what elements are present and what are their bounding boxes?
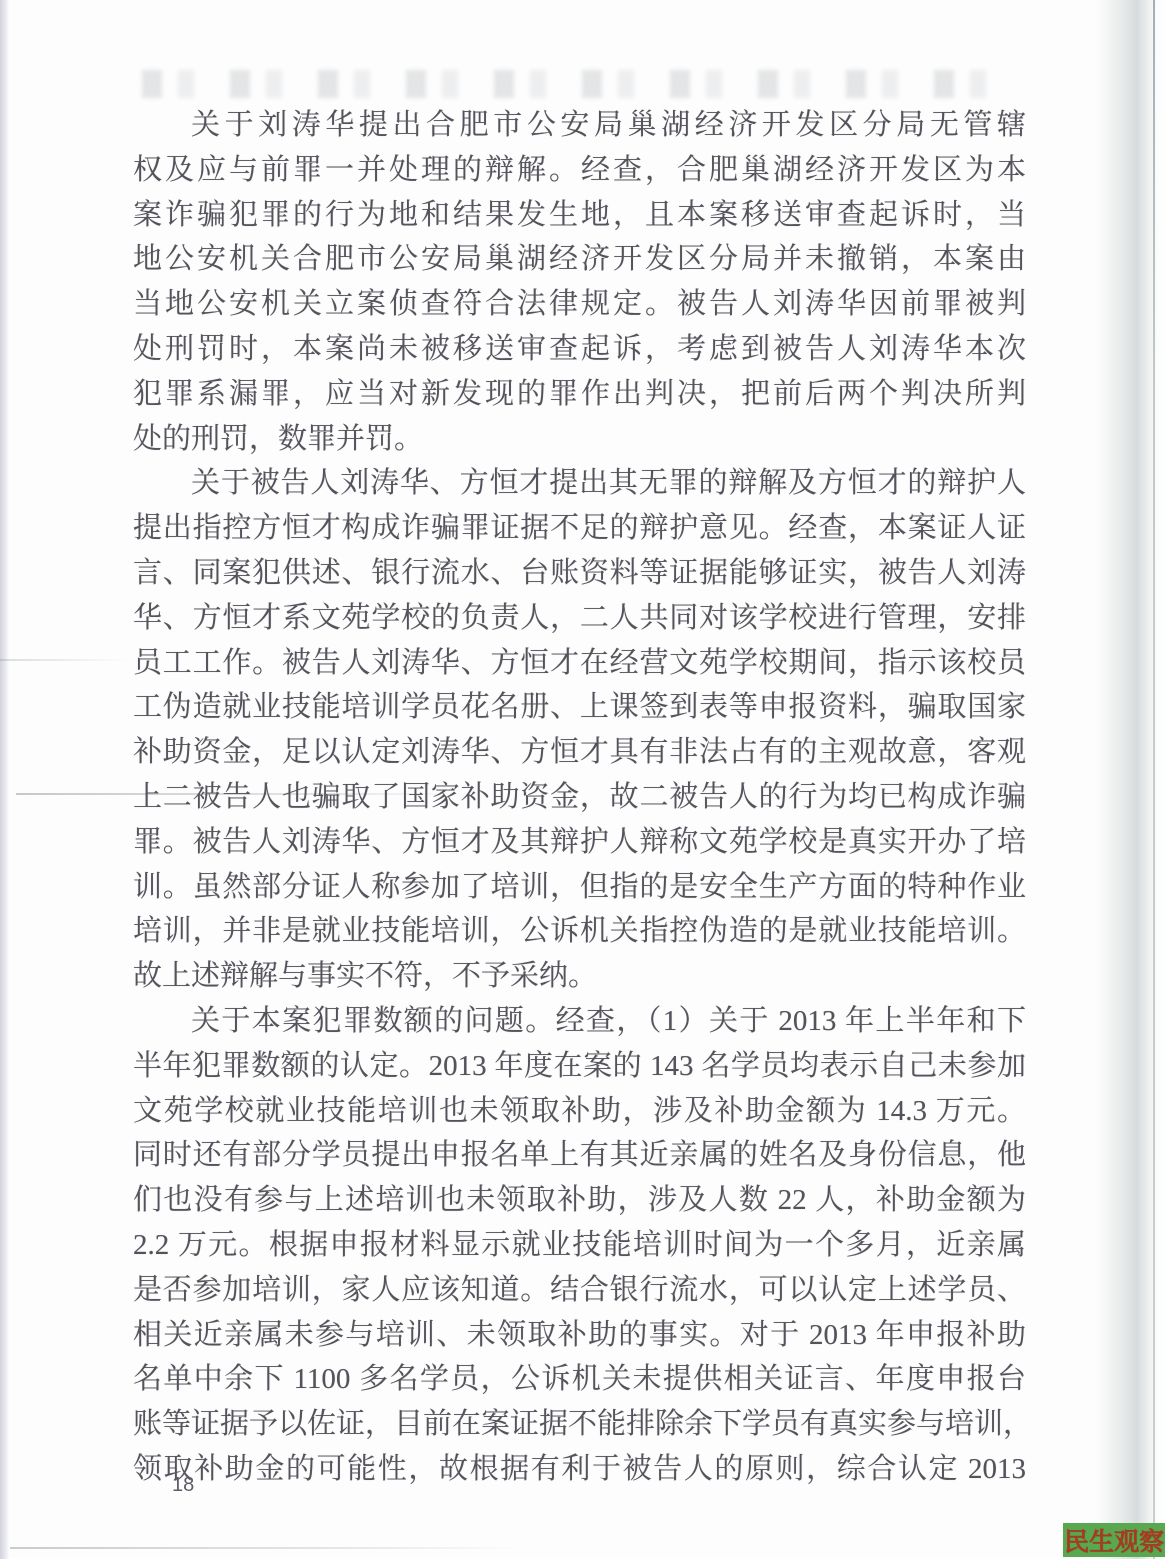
text-line: 是否参加培训，家人应该知道。结合银行流水，可以认定上述学员、 (133, 1268, 1026, 1313)
text-line: 2.2 万元。根据申报材料显示就业技能培训时间为一个多月，近亲属 (133, 1223, 1026, 1268)
text-line: 处的刑罚，数罪并罚。 (133, 417, 1026, 462)
text-line: 华、方恒才系文苑学校的负责人，二人共同对该学校进行管理，安排 (133, 596, 1026, 641)
text-line: 提出指控方恒才构成诈骗罪证据不足的辩护意见。经查，本案证人证 (133, 506, 1026, 551)
text-line: 处刑罚时，本案尚未被移送审查起诉，考虑到被告人刘涛华本次 (133, 327, 1026, 372)
text-line: 补助资金，足以认定刘涛华、方恒才具有非法占有的主观故意，客观 (133, 730, 1026, 775)
scan-right-edge-shadow (1096, 0, 1170, 1559)
text-line: 权及应与前罪一并处理的辩解。经查，合肥巢湖经济开发区为本 (133, 148, 1026, 193)
text-line: 员工工作。被告人刘涛华、方恒才在经营文苑学校期间，指示该校员 (133, 641, 1026, 686)
text-line: 工伪造就业技能培训学员花名册、上课签到表等申报资料，骗取国家 (133, 685, 1026, 730)
text-line: 上二被告人也骗取了国家补助资金，故二被告人的行为均已构成诈骗 (133, 775, 1026, 820)
scan-left-edge (0, 0, 9, 1559)
text-line: 半年犯罪数额的认定。2013 年度在案的 143 名学员均表示自己未参加 (133, 1044, 1026, 1089)
text-line: 案诈骗犯罪的行为地和结果发生地，且本案移送审查起诉时，当 (133, 193, 1026, 238)
bleedthrough-text-artifact (142, 70, 1007, 98)
text-line: 关于被告人刘涛华、方恒才提出其无罪的辩解及方恒才的辩护人 (133, 461, 1026, 506)
text-line: 故上述辩解与事实不符，不予采纳。 (133, 954, 1026, 999)
text-line: 领取补助金的可能性，故根据有利于被告人的原则，综合认定 2013 (133, 1447, 1026, 1492)
text-line: 培训，并非是就业技能培训，公诉机关指控伪造的是就业技能培训。 (133, 909, 1026, 954)
page-number: 18 (172, 1474, 194, 1497)
watermark: 民生观察 (1063, 1523, 1165, 1557)
text-line: 相关近亲属未参与培训、未领取补助的事实。对于 2013 年申报补助 (133, 1313, 1026, 1358)
text-line: 当地公安机关立案侦查符合法律规定。被告人刘涛华因前罪被判 (133, 282, 1026, 327)
text-line: 训。虽然部分证人称参加了培训，但指的是安全生产方面的特种作业 (133, 865, 1026, 910)
scan-right-edge-line (1153, 0, 1155, 1559)
text-line: 犯罪系漏罪，应当对新发现的罪作出判决，把前后两个判决所判 (133, 372, 1026, 417)
text-line: 地公安机关合肥市公安局巢湖经济开发区分局并未撤销，本案由 (133, 237, 1026, 282)
text-line: 同时还有部分学员提出申报名单上有其近亲属的姓名及身份信息，他 (133, 1133, 1026, 1178)
text-line: 言、同案犯供述、银行流水、台账资料等证据能够证实，被告人刘涛 (133, 551, 1026, 596)
text-line: 们也没有参与上述培训也未领取补助，涉及人数 22 人，补助金额为 (133, 1178, 1026, 1223)
scan-artifact-line (10, 1547, 525, 1549)
text-line: 文苑学校就业技能培训也未领取补助，涉及补助金额为 14.3 万元。 (133, 1089, 1026, 1134)
text-line: 账等证据予以佐证，目前在案证据不能排除余下学员有真实参与培训， (133, 1402, 1026, 1447)
text-line: 关于刘涛华提出合肥市公安局巢湖经济开发区分局无管辖 (133, 103, 1026, 148)
text-line: 罪。被告人刘涛华、方恒才及其辩护人辩称文苑学校是真实开办了培 (133, 820, 1026, 865)
scanned-page: { "page": { "background": "#fdfdfd", "nu… (0, 0, 1170, 1559)
text-line: 关于本案犯罪数额的问题。经查，（1）关于 2013 年上半年和下 (133, 999, 1026, 1044)
document-body: 关于刘涛华提出合肥市公安局巢湖经济开发区分局无管辖权及应与前罪一并处理的辩解。经… (133, 103, 1026, 1492)
text-line: 名单中余下 1100 多名学员，公诉机关未提供相关证言、年度申报台 (133, 1357, 1026, 1402)
scan-artifact-line (0, 659, 130, 661)
